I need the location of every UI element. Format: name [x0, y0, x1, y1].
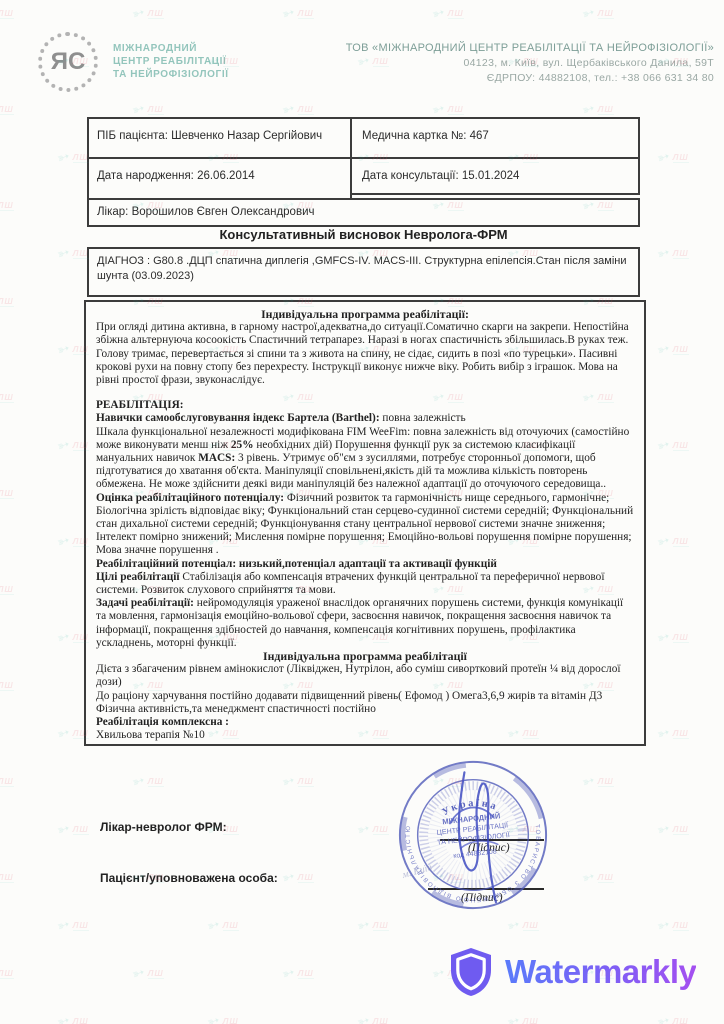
watermark-tile: ➳ЛШ [57, 916, 89, 934]
watermark-tile: ➳ЛШ [57, 244, 89, 262]
watermark-tile: ➳ЛШ [132, 4, 164, 22]
watermarkly-wordmark: Watermarkly [505, 953, 696, 991]
company-address: 04123, м. Київ, вул. Щербаківського Дани… [314, 56, 714, 71]
watermark-tile: ➳ЛШ [582, 868, 614, 886]
watermark-tile-text: ЛШ [0, 584, 14, 595]
watermark-tile: ➳ЛШ [57, 148, 89, 166]
watermark-tile: ➳ЛШ [507, 1012, 539, 1024]
watermark-tile: ➳ЛШ [657, 1012, 689, 1024]
watermark-tile: ➳ЛШ [0, 100, 14, 118]
watermarkly-badge: Watermarkly [447, 946, 696, 998]
watermark-tile: ➳ЛШ [207, 1012, 239, 1024]
watermark-tile-text: ЛШ [0, 968, 14, 979]
watermark-arrow-icon: ➳ [430, 962, 448, 983]
watermark-tile-text: ЛШ [673, 248, 689, 259]
watermark-tile: ➳ЛШ [0, 4, 14, 22]
watermark-tile: ➳ЛШ [57, 1012, 89, 1024]
clinic-stamp: Україна ТОВАРИСТВО З ОБМЕЖЕНОЮ ВІДПОВІДА… [386, 748, 560, 922]
birth-date-value: 26.06.2014 [194, 170, 255, 182]
watermark-arrow-icon: ➳ [55, 818, 73, 839]
watermark-arrow-icon: ➳ [55, 434, 73, 455]
watermark-tile-text: ЛШ [448, 8, 464, 19]
watermark-arrow-icon: ➳ [655, 722, 673, 743]
watermark-tile: ➳ЛШ [0, 964, 14, 982]
watermark-arrow-icon: ➳ [280, 2, 298, 23]
watermark-tile: ➳ЛШ [657, 916, 689, 934]
watermark-arrow-icon: ➳ [655, 914, 673, 935]
watermark-arrow-icon: ➳ [55, 1010, 73, 1024]
patient-name-label: ПІБ пацієнта: [97, 130, 168, 142]
watermark-arrow-icon: ➳ [205, 1010, 223, 1024]
complex-rehab-label: Реабілітація комплексна : [96, 716, 634, 729]
barthel-line: Навички самообслуговування індекс Бартел… [96, 412, 634, 425]
wave-therapy-line: Хвильова терапія №10 [96, 729, 634, 742]
watermark-tile-text: ЛШ [673, 536, 689, 547]
watermark-tile-text: ЛШ [148, 104, 164, 115]
watermark-arrow-icon: ➳ [55, 338, 73, 359]
watermark-tile: ➳ЛШ [657, 340, 689, 358]
watermark-arrow-icon: ➳ [55, 146, 73, 167]
watermark-arrow-icon: ➳ [505, 1010, 523, 1024]
watermark-arrow-icon: ➳ [130, 770, 148, 791]
watermark-tile-text: ЛШ [598, 104, 614, 115]
watermark-tile-text: ЛШ [0, 104, 14, 115]
watermark-tile: ➳ЛШ [582, 100, 614, 118]
activity-paragraph: Фізична активність,та менеджмент спастич… [96, 703, 634, 716]
watermark-arrow-icon: ➳ [655, 1010, 673, 1024]
watermark-arrow-icon: ➳ [280, 770, 298, 791]
stamp-code-text: код 44882108 [453, 848, 497, 860]
fim-paragraph: Шкала функціональної незалежності модифі… [96, 426, 634, 492]
barthel-value: повна залежність [380, 412, 466, 424]
medical-card-label: Медична картка №: [362, 130, 466, 142]
birth-date-cell: Дата народження: 26.06.2014 [87, 157, 352, 200]
barthel-label: Навички самообслуговування індекс Бартел… [96, 412, 380, 424]
watermark-arrow-icon: ➳ [580, 866, 598, 887]
doctor-label: Лікар: [97, 206, 128, 218]
watermark-tile-text: ЛШ [673, 1016, 689, 1024]
examination-paragraph: При огляді дитина активна, в гарному нас… [96, 321, 634, 387]
rehab-goals-label: Цілі реабілітації [96, 571, 180, 583]
watermark-tile-text: ЛШ [373, 1016, 389, 1024]
company-info: ТОВ «МІЖНАРОДНИЙ ЦЕНТР РЕАБІЛІТАЦІЇ ТА Н… [314, 40, 714, 86]
watermark-tile: ➳ЛШ [282, 868, 314, 886]
clinic-logo-icon: ЯС [38, 32, 98, 92]
watermark-tile-text: ЛШ [223, 1016, 239, 1024]
shield-icon [447, 946, 495, 998]
watermark-tile-text: ЛШ [73, 920, 89, 931]
potential-assessment-label: Оцінка реабілітаційного потенціалу: [96, 492, 284, 504]
watermark-tile: ➳ЛШ [282, 964, 314, 982]
fim-percent: 25% [231, 439, 254, 451]
watermark-tile: ➳ЛШ [582, 772, 614, 790]
stamp-seal-icon: Україна ТОВАРИСТВО З ОБМЕЖЕНОЮ ВІДПОВІДА… [386, 748, 560, 922]
watermark-arrow-icon: ➳ [280, 962, 298, 983]
watermark-arrow-icon: ➳ [655, 530, 673, 551]
watermark-tile-text: ЛШ [0, 488, 14, 499]
watermark-arrow-icon: ➳ [280, 866, 298, 887]
watermark-tile-text: ЛШ [0, 872, 14, 883]
watermark-tile-text: ЛШ [0, 776, 14, 787]
watermark-tile: ➳ЛШ [0, 484, 14, 502]
watermark-tile: ➳ЛШ [657, 148, 689, 166]
watermark-tile-text: ЛШ [148, 776, 164, 787]
macs-label: MACS: [198, 452, 235, 464]
watermark-tile-text: ЛШ [0, 200, 14, 211]
watermark-tile-text: ЛШ [0, 8, 14, 19]
watermark-arrow-icon: ➳ [505, 914, 523, 935]
watermark-tile: ➳ЛШ [432, 100, 464, 118]
watermark-tile: ➳ЛШ [282, 4, 314, 22]
watermark-tile-text: ЛШ [298, 968, 314, 979]
watermark-arrow-icon: ➳ [130, 962, 148, 983]
watermark-tile-text: ЛШ [673, 440, 689, 451]
consult-date-value: 15.01.2024 [459, 170, 520, 182]
diet-paragraph: Дієта з збагаченим рівнем амінокислот (Л… [96, 663, 634, 689]
watermark-tile: ➳ЛШ [582, 4, 614, 22]
watermark-tile-text: ЛШ [673, 632, 689, 643]
watermark-tile: ➳ЛШ [357, 916, 389, 934]
watermark-tile-text: ЛШ [673, 920, 689, 931]
watermark-tile: ➳ЛШ [657, 244, 689, 262]
watermark-tile-text: ЛШ [673, 344, 689, 355]
watermark-arrow-icon: ➳ [355, 818, 373, 839]
watermark-tile: ➳ЛШ [657, 724, 689, 742]
watermark-tile-text: ЛШ [148, 968, 164, 979]
diagnosis-text: ДІАГНОЗ : G80.8 .ДЦП спатична диплегія ,… [97, 255, 627, 282]
rehab-tasks-paragraph: Задачі реабілітації: нейромодуляція ураж… [96, 597, 634, 650]
watermark-tile-text: ЛШ [448, 104, 464, 115]
watermark-tile-text: ЛШ [73, 824, 89, 835]
watermark-arrow-icon: ➳ [430, 2, 448, 23]
watermark-arrow-icon: ➳ [580, 770, 598, 791]
doctor-cell: Лікар: Ворошилов Євген Олександрович [87, 198, 640, 227]
watermark-tile: ➳ЛШ [282, 100, 314, 118]
watermark-tile: ➳ЛШ [0, 196, 14, 214]
watermark-tile: ➳ЛШ [507, 916, 539, 934]
watermark-tile: ➳ЛШ [0, 388, 14, 406]
potential-assessment-paragraph: Оцінка реабілітаційного потенціалу: Фізи… [96, 492, 634, 558]
program-heading: Індивідуальна программа реабілітації: [96, 308, 634, 321]
clinic-logo-name-line: ТА НЕЙРОФІЗІОЛОГІЇ [113, 68, 229, 81]
watermark-tile: ➳ЛШ [132, 964, 164, 982]
program-box: Індивідуальна программа реабілітації: Пр… [84, 300, 646, 746]
watermark-tile-text: ЛШ [598, 776, 614, 787]
patient-table: ПІБ пацієнта: Шевченко Назар Сергійович … [87, 117, 640, 227]
document-page: ЯС МІЖНАРОДНИЙ ЦЕНТР РЕАБІЛІТАЦІЇ ТА НЕЙ… [0, 0, 724, 1024]
patient-name-cell: ПІБ пацієнта: Шевченко Назар Сергійович [87, 117, 352, 159]
watermark-tile-text: ЛШ [0, 392, 14, 403]
medical-card-value: 467 [466, 130, 488, 142]
watermark-tile-text: ЛШ [673, 824, 689, 835]
watermark-tile: ➳ЛШ [657, 436, 689, 454]
watermark-arrow-icon: ➳ [205, 914, 223, 935]
birth-date-label: Дата народження: [97, 170, 194, 182]
watermark-arrow-icon: ➳ [655, 242, 673, 263]
watermark-tile: ➳ЛШ [132, 772, 164, 790]
watermark-arrow-icon: ➳ [580, 2, 598, 23]
watermark-tile-text: ЛШ [0, 680, 14, 691]
consult-date-label: Дата консультації: [362, 170, 459, 182]
watermark-tile: ➳ЛШ [657, 532, 689, 550]
watermark-tile-text: ЛШ [673, 152, 689, 163]
clinic-logo-letters: ЯС [51, 48, 86, 76]
watermark-arrow-icon: ➳ [55, 242, 73, 263]
consult-date-cell: Дата консультації: 15.01.2024 [350, 157, 640, 195]
doctor-signature-label: Лікар-невролог ФРМ: [100, 820, 227, 834]
company-name: ТОВ «МІЖНАРОДНИЙ ЦЕНТР РЕАБІЛІТАЦІЇ ТА Н… [314, 40, 714, 56]
watermark-tile: ➳ЛШ [132, 100, 164, 118]
program-heading-2: Індивідуальна программа реабілітації [96, 650, 634, 663]
watermark-tile: ➳ЛШ [0, 676, 14, 694]
watermark-tile-text: ЛШ [373, 824, 389, 835]
nutrition-paragraph: До раціону харчування постійно додавати … [96, 690, 634, 703]
diagnosis-box: ДІАГНОЗ : G80.8 .ДЦП спатична диплегія ,… [87, 247, 640, 297]
watermark-tile-text: ЛШ [298, 8, 314, 19]
rehab-goals-paragraph: Цілі реабілітації Стабілізація або компе… [96, 571, 634, 597]
watermark-tile: ➳ЛШ [207, 916, 239, 934]
watermark-arrow-icon: ➳ [55, 626, 73, 647]
watermark-tile-text: ЛШ [0, 296, 14, 307]
rehab-tasks-label: Задачі реабілітації: [96, 597, 194, 609]
watermark-tile: ➳ЛШ [357, 820, 389, 838]
patient-signature-label: Пацієнт/уповноважена особа: [100, 871, 278, 885]
watermark-arrow-icon: ➳ [55, 530, 73, 551]
doctor-value: Ворошилов Євген Олександрович [128, 206, 314, 218]
company-contacts: ЄДРПОУ: 44882108, тел.: +38 066 631 34 8… [314, 71, 714, 86]
watermark-arrow-icon: ➳ [655, 818, 673, 839]
watermark-tile: ➳ЛШ [657, 820, 689, 838]
watermark-arrow-icon: ➳ [655, 434, 673, 455]
watermark-arrow-icon: ➳ [355, 914, 373, 935]
watermark-tile-text: ЛШ [73, 1016, 89, 1024]
watermark-arrow-icon: ➳ [130, 2, 148, 23]
watermark-tile-text: ЛШ [523, 1016, 539, 1024]
watermark-tile-text: ЛШ [673, 728, 689, 739]
watermark-tile: ➳ЛШ [0, 772, 14, 790]
medical-card-cell: Медична картка №: 467 [350, 117, 640, 159]
watermark-arrow-icon: ➳ [655, 146, 673, 167]
watermark-tile: ➳ЛШ [0, 868, 14, 886]
watermark-tile: ➳ЛШ [432, 4, 464, 22]
watermark-tile: ➳ЛШ [0, 580, 14, 598]
watermark-tile: ➳ЛШ [357, 1012, 389, 1024]
watermark-tile: ➳ЛШ [57, 820, 89, 838]
clinic-logo-name-line: МІЖНАРОДНИЙ [113, 42, 229, 55]
watermark-tile-text: ЛШ [598, 8, 614, 19]
watermark-arrow-icon: ➳ [655, 338, 673, 359]
watermark-tile-text: ЛШ [298, 776, 314, 787]
clinic-logo-name: МІЖНАРОДНИЙ ЦЕНТР РЕАБІЛІТАЦІЇ ТА НЕЙРОФ… [113, 42, 229, 81]
watermark-tile: ➳ЛШ [282, 772, 314, 790]
watermark-tile-text: ЛШ [373, 920, 389, 931]
watermark-arrow-icon: ➳ [355, 1010, 373, 1024]
rehab-heading: РЕАБІЛІТАЦІЯ: [96, 399, 634, 412]
watermark-tile-text: ЛШ [298, 104, 314, 115]
watermark-tile-text: ЛШ [223, 920, 239, 931]
watermark-tile-text: ЛШ [523, 920, 539, 931]
document-title: Консультативный висновок Невролога-ФРМ [87, 227, 640, 242]
watermark-arrow-icon: ➳ [55, 914, 73, 935]
watermark-tile-text: ЛШ [148, 8, 164, 19]
watermark-tile-text: ЛШ [598, 872, 614, 883]
rehab-potential-line: Реабілітаційний потенціал: низький,потен… [96, 558, 634, 571]
watermark-tile: ➳ЛШ [0, 292, 14, 310]
watermark-tile-text: ЛШ [298, 872, 314, 883]
watermark-tile: ➳ЛШ [657, 628, 689, 646]
watermark-arrow-icon: ➳ [55, 722, 73, 743]
patient-name-value: Шевченко Назар Сергійович [168, 130, 322, 142]
watermark-arrow-icon: ➳ [655, 626, 673, 647]
clinic-logo-name-line: ЦЕНТР РЕАБІЛІТАЦІЇ [113, 55, 229, 68]
